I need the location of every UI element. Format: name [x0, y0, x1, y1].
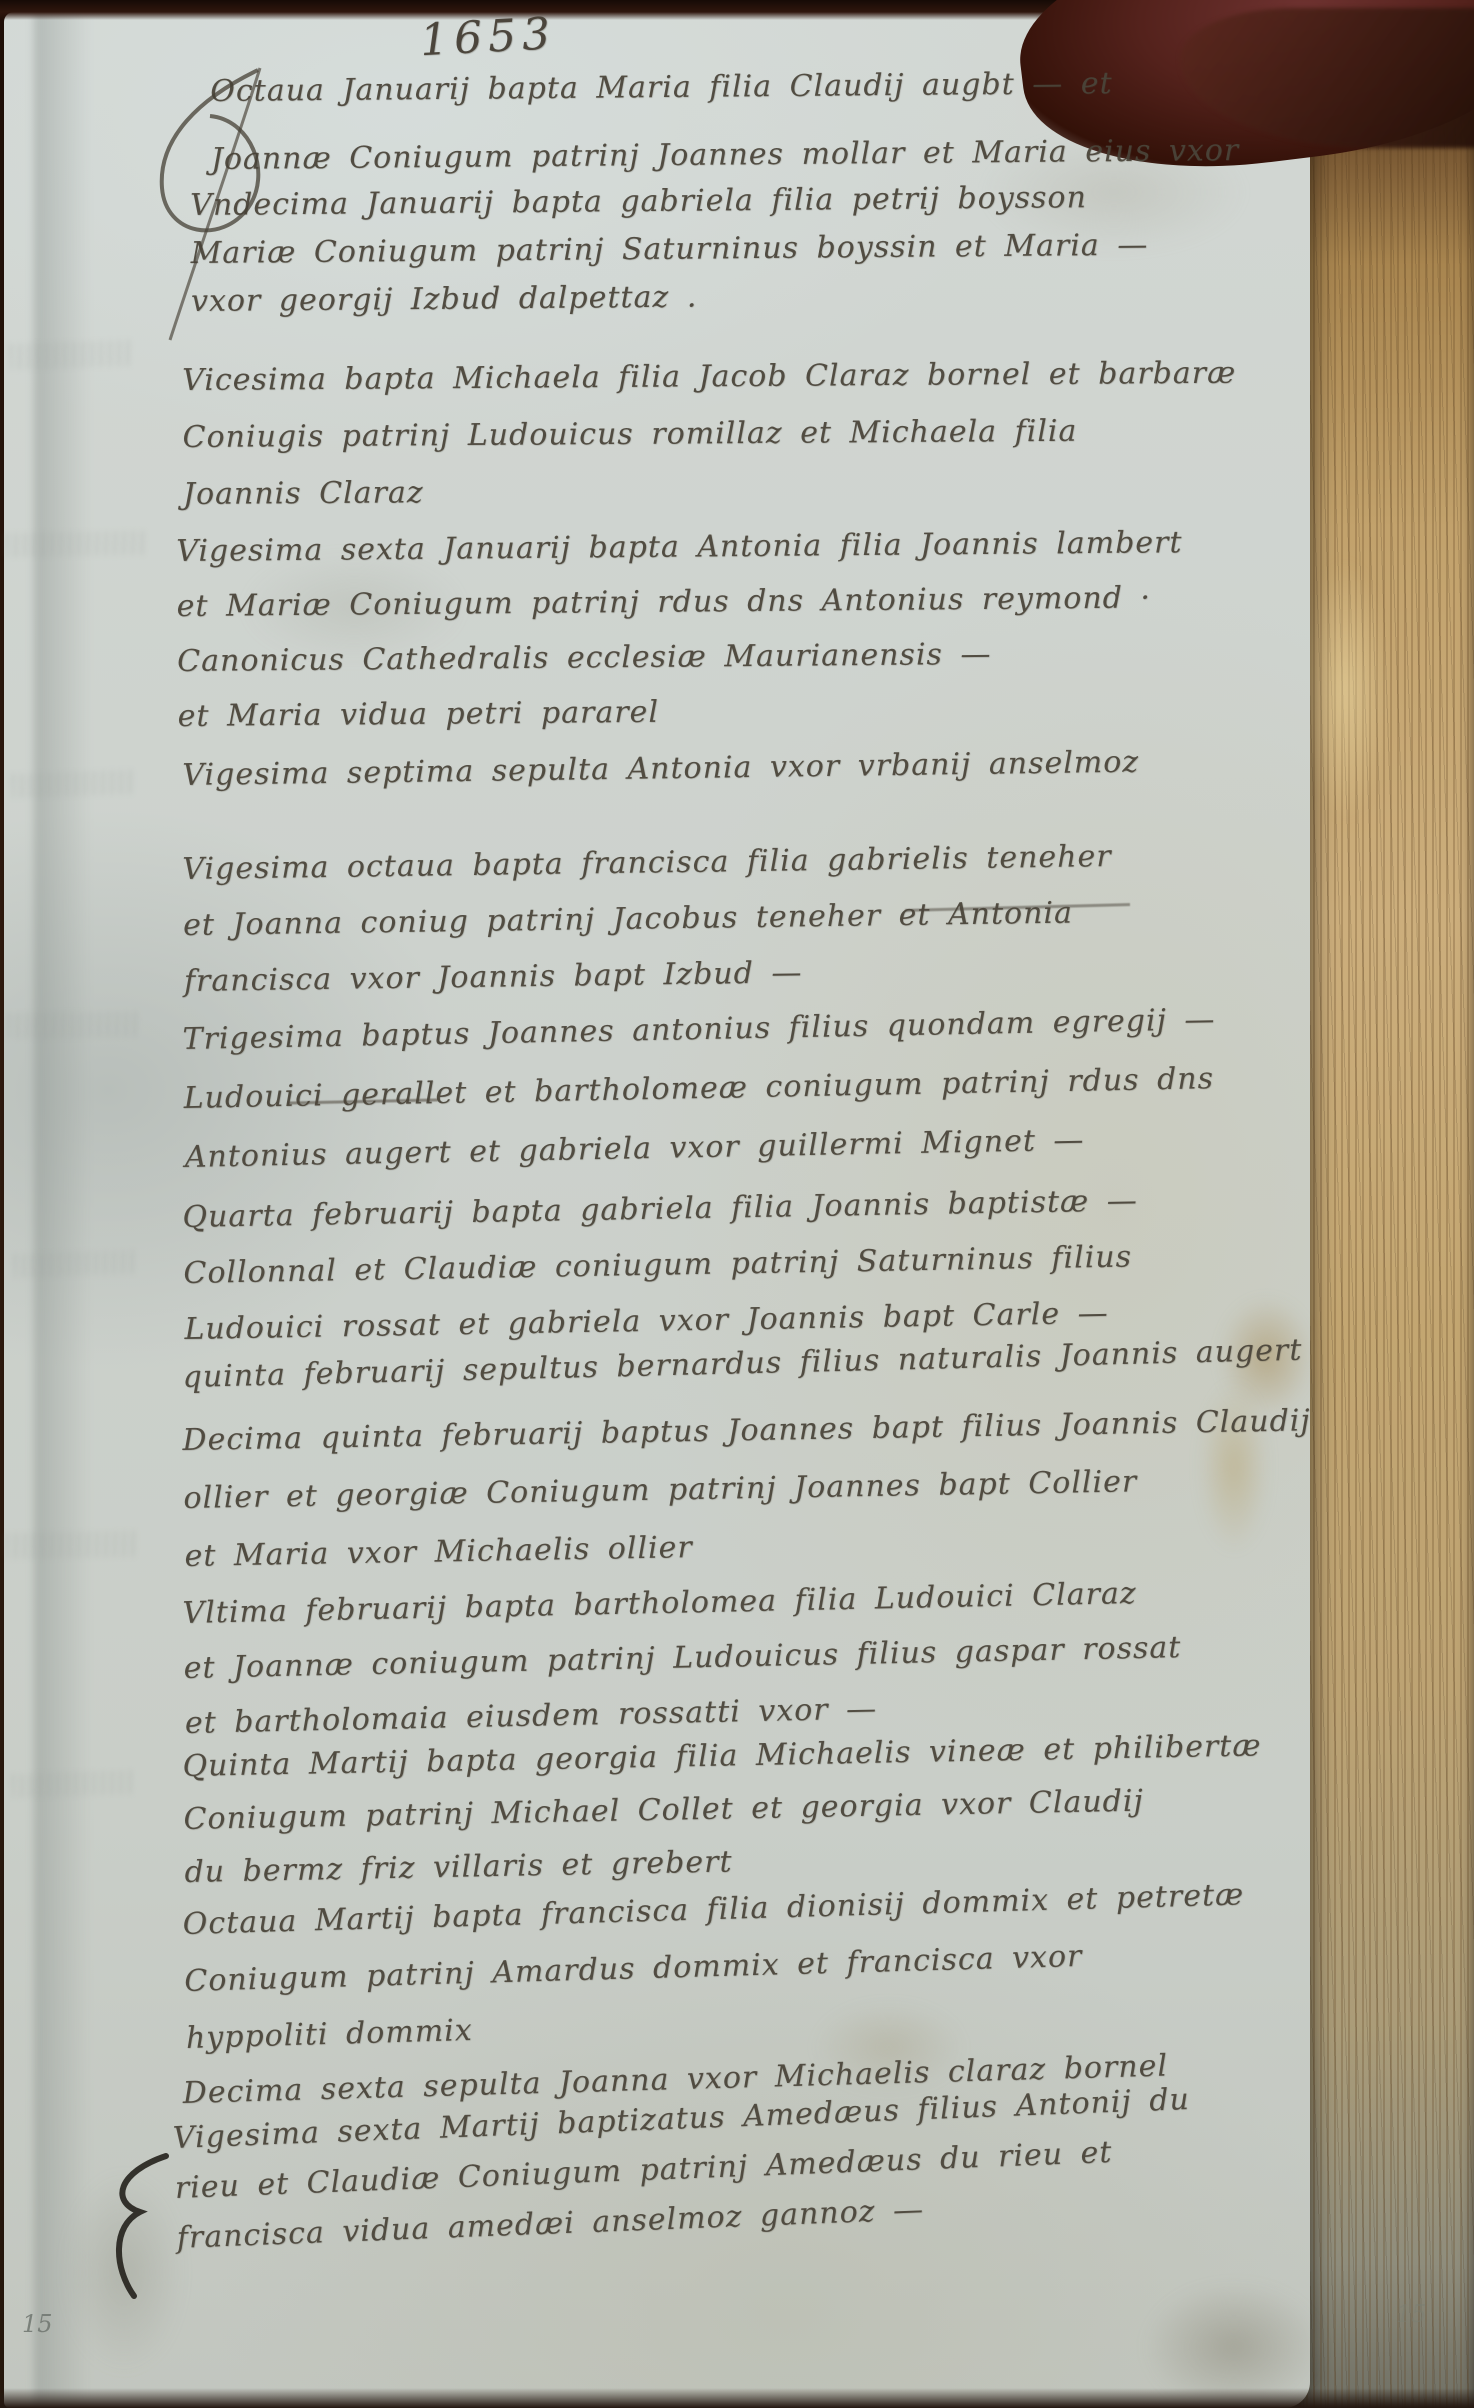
manuscript-line: vxor georgij Izbud dalpettaz . [191, 268, 1299, 326]
page-edge-highlight [1300, 560, 1390, 820]
book-fore-edge-pages [1292, 0, 1474, 2408]
bleed-through-text [10, 340, 131, 370]
folio-number: 15 [22, 2310, 53, 2338]
pen-flourish [100, 2150, 180, 2300]
manuscript-photo: 1653 Octaua Januarij bapta Maria filia C… [0, 0, 1474, 2408]
bleed-through-text [6, 1531, 136, 1559]
binding-bottom-edge [0, 2388, 1474, 2408]
record: Octaua Martij bapta francisca filia dion… [182, 1865, 1294, 2067]
manuscript-line: Mariæ Coniugum patrinj Saturninus boyssi… [190, 220, 1298, 278]
manuscript-line: Vigesima sexta Januarij bapta Antonia fi… [176, 514, 1284, 579]
record: Vndecima Januarij bapta gabriela filia p… [190, 172, 1299, 326]
gutter-shadow [34, 12, 90, 2408]
manuscript-line: Vicesima bapta Michaela filia Jacob Clar… [182, 344, 1290, 409]
manuscript-line: Coniugis patrinj Ludouicus romillaz et M… [182, 401, 1290, 466]
record: Octaua Januarij bapta Maria filia Claudi… [210, 48, 1319, 194]
bleed-through-text [6, 531, 146, 557]
record: Vigesima sexta Januarij bapta Antonia fi… [176, 514, 1286, 744]
manuscript-line: Joannis Claraz [183, 458, 1291, 523]
bleed-through-text [8, 1011, 138, 1039]
manuscript-line: Octaua Januarij bapta Maria filia Claudi… [210, 48, 1319, 126]
manuscript-line: Canonicus Cathedralis ecclesiæ Maurianen… [177, 624, 1285, 689]
bleed-through-text [12, 770, 133, 798]
bleed-through-text [14, 1250, 135, 1278]
folio-number-faint: 15 [1396, 2300, 1427, 2328]
record: Trigesima baptus Joannes antonius filius… [182, 989, 1293, 1187]
record: Decima quinta februarij baptus Joannes b… [182, 1393, 1293, 1586]
record: Vicesima bapta Michaela filia Jacob Clar… [182, 344, 1291, 523]
bleed-through-text [12, 1770, 133, 1798]
record: Vigesima octaua bapta francisca filia ga… [182, 827, 1292, 1010]
manuscript-line: et Mariæ Coniugum patrinj rdus dns Anton… [176, 569, 1284, 634]
pen-flourish [140, 58, 290, 348]
